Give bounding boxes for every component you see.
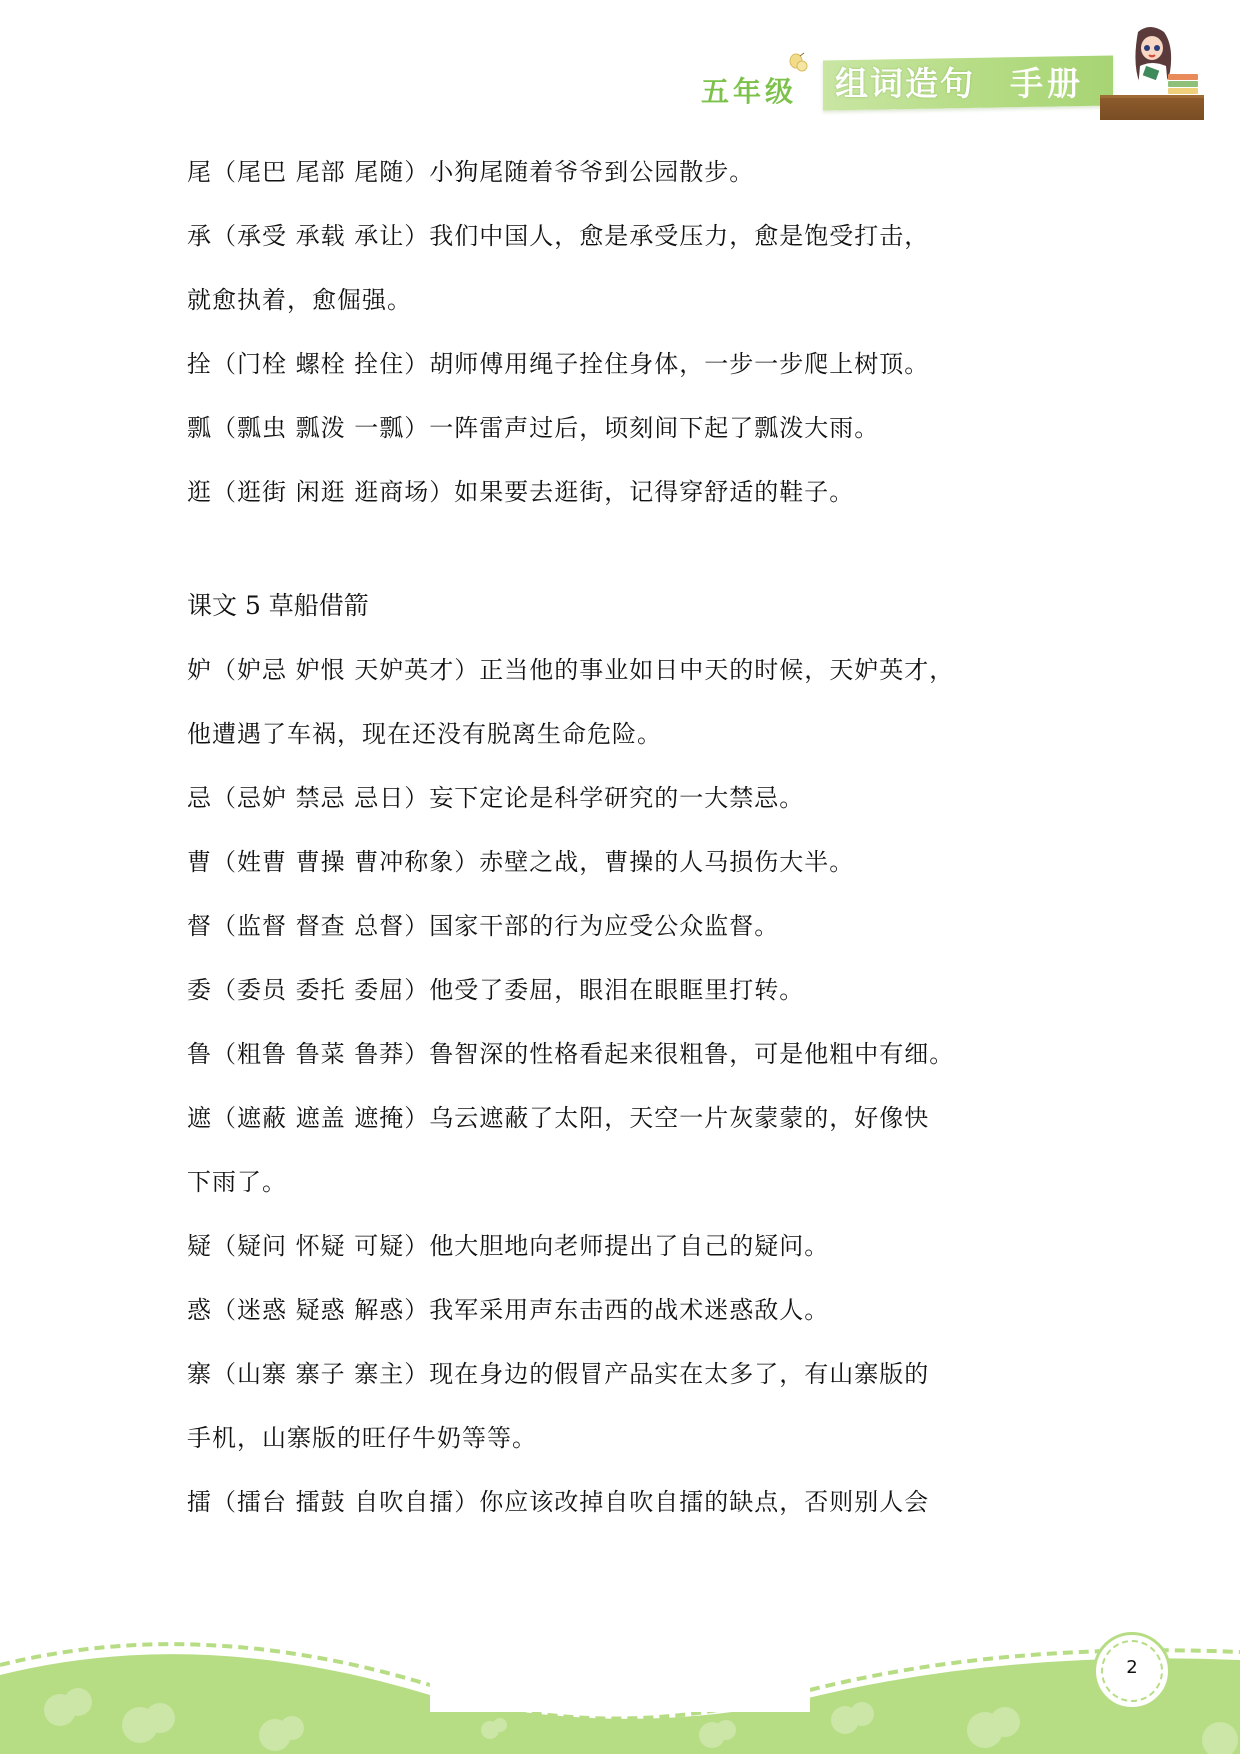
- entry-line: 忌（忌妒 禁忌 忌日）妄下定论是科学研究的一大禁忌。: [187, 766, 1067, 830]
- entry-line-continued: 他遭遇了车祸，现在还没有脱离生命危险。: [187, 702, 1067, 766]
- entry-line: 承（承受 承载 承让）我们中国人，愈是承受压力，愈是饱受打击，: [187, 204, 1067, 268]
- entry-line-continued: 下雨了。: [187, 1150, 1067, 1214]
- entry-line-continued: 手机，山寨版的旺仔牛奶等等。: [187, 1406, 1067, 1470]
- entry-line: 逛（逛街 闲逛 逛商场）如果要去逛街，记得穿舒适的鞋子。: [187, 460, 1067, 524]
- entry-line: 妒（妒忌 妒恨 天妒英才）正当他的事业如日中天的时候，天妒英才，: [187, 638, 1067, 702]
- entry-line: 拴（门栓 螺栓 拴住）胡师傅用绳子拴住身体，一步一步爬上树顶。: [187, 332, 1067, 396]
- page-number-badge: 2: [1093, 1632, 1171, 1710]
- section-heading: 课文 5 草船借箭: [187, 574, 1067, 638]
- banner-subtitle: 手册: [1010, 58, 1084, 105]
- entry-line: 委（委员 委托 委屈）他受了委屈，眼泪在眼眶里打转。: [187, 958, 1067, 1022]
- document-body: 尾（尾巴 尾部 尾随）小狗尾随着爷爷到公园散步。 承（承受 承载 承让）我们中国…: [187, 140, 1067, 1534]
- page-number: 2: [1096, 1657, 1168, 1678]
- desk-illustration: [1100, 95, 1204, 120]
- entry-line: 惑（迷惑 疑惑 解惑）我军采用声东击西的战术迷惑敌人。: [187, 1278, 1067, 1342]
- footer-hills-decoration: [0, 1590, 1240, 1754]
- banner-title: 组词造句: [835, 58, 975, 105]
- books-icon: [1168, 74, 1198, 96]
- header-banner: 五年级 组词造句 手册: [680, 0, 1240, 130]
- entry-line: 遮（遮蔽 遮盖 遮掩）乌云遮蔽了太阳，天空一片灰蒙蒙的，好像快: [187, 1086, 1067, 1150]
- entry-line: 寨（山寨 寨子 寨主）现在身边的假冒产品实在太多了，有山寨版的: [187, 1342, 1067, 1406]
- section-spacer: [187, 524, 1067, 574]
- entry-line: 疑（疑问 怀疑 可疑）他大胆地向老师提出了自己的疑问。: [187, 1214, 1067, 1278]
- entry-line: 鲁（粗鲁 鲁菜 鲁莽）鲁智深的性格看起来很粗鲁，可是他粗中有细。: [187, 1022, 1067, 1086]
- entry-line-continued: 就愈执着，愈倔强。: [187, 268, 1067, 332]
- entry-line: 督（监督 督查 总督）国家干部的行为应受公众监督。: [187, 894, 1067, 958]
- entry-line: 瓢（瓢虫 瓢泼 一瓢）一阵雷声过后，顷刻间下起了瓢泼大雨。: [187, 396, 1067, 460]
- entry-line: 擂（擂台 擂鼓 自吹自擂）你应该改掉自吹自擂的缺点，否则别人会: [187, 1470, 1067, 1534]
- entry-line: 尾（尾巴 尾部 尾随）小狗尾随着爷爷到公园散步。: [187, 140, 1067, 204]
- entry-line: 曹（姓曹 曹操 曹冲称象）赤壁之战，曹操的人马损伤大半。: [187, 830, 1067, 894]
- grade-label: 五年级: [701, 70, 797, 110]
- butterfly-icon: [788, 52, 810, 74]
